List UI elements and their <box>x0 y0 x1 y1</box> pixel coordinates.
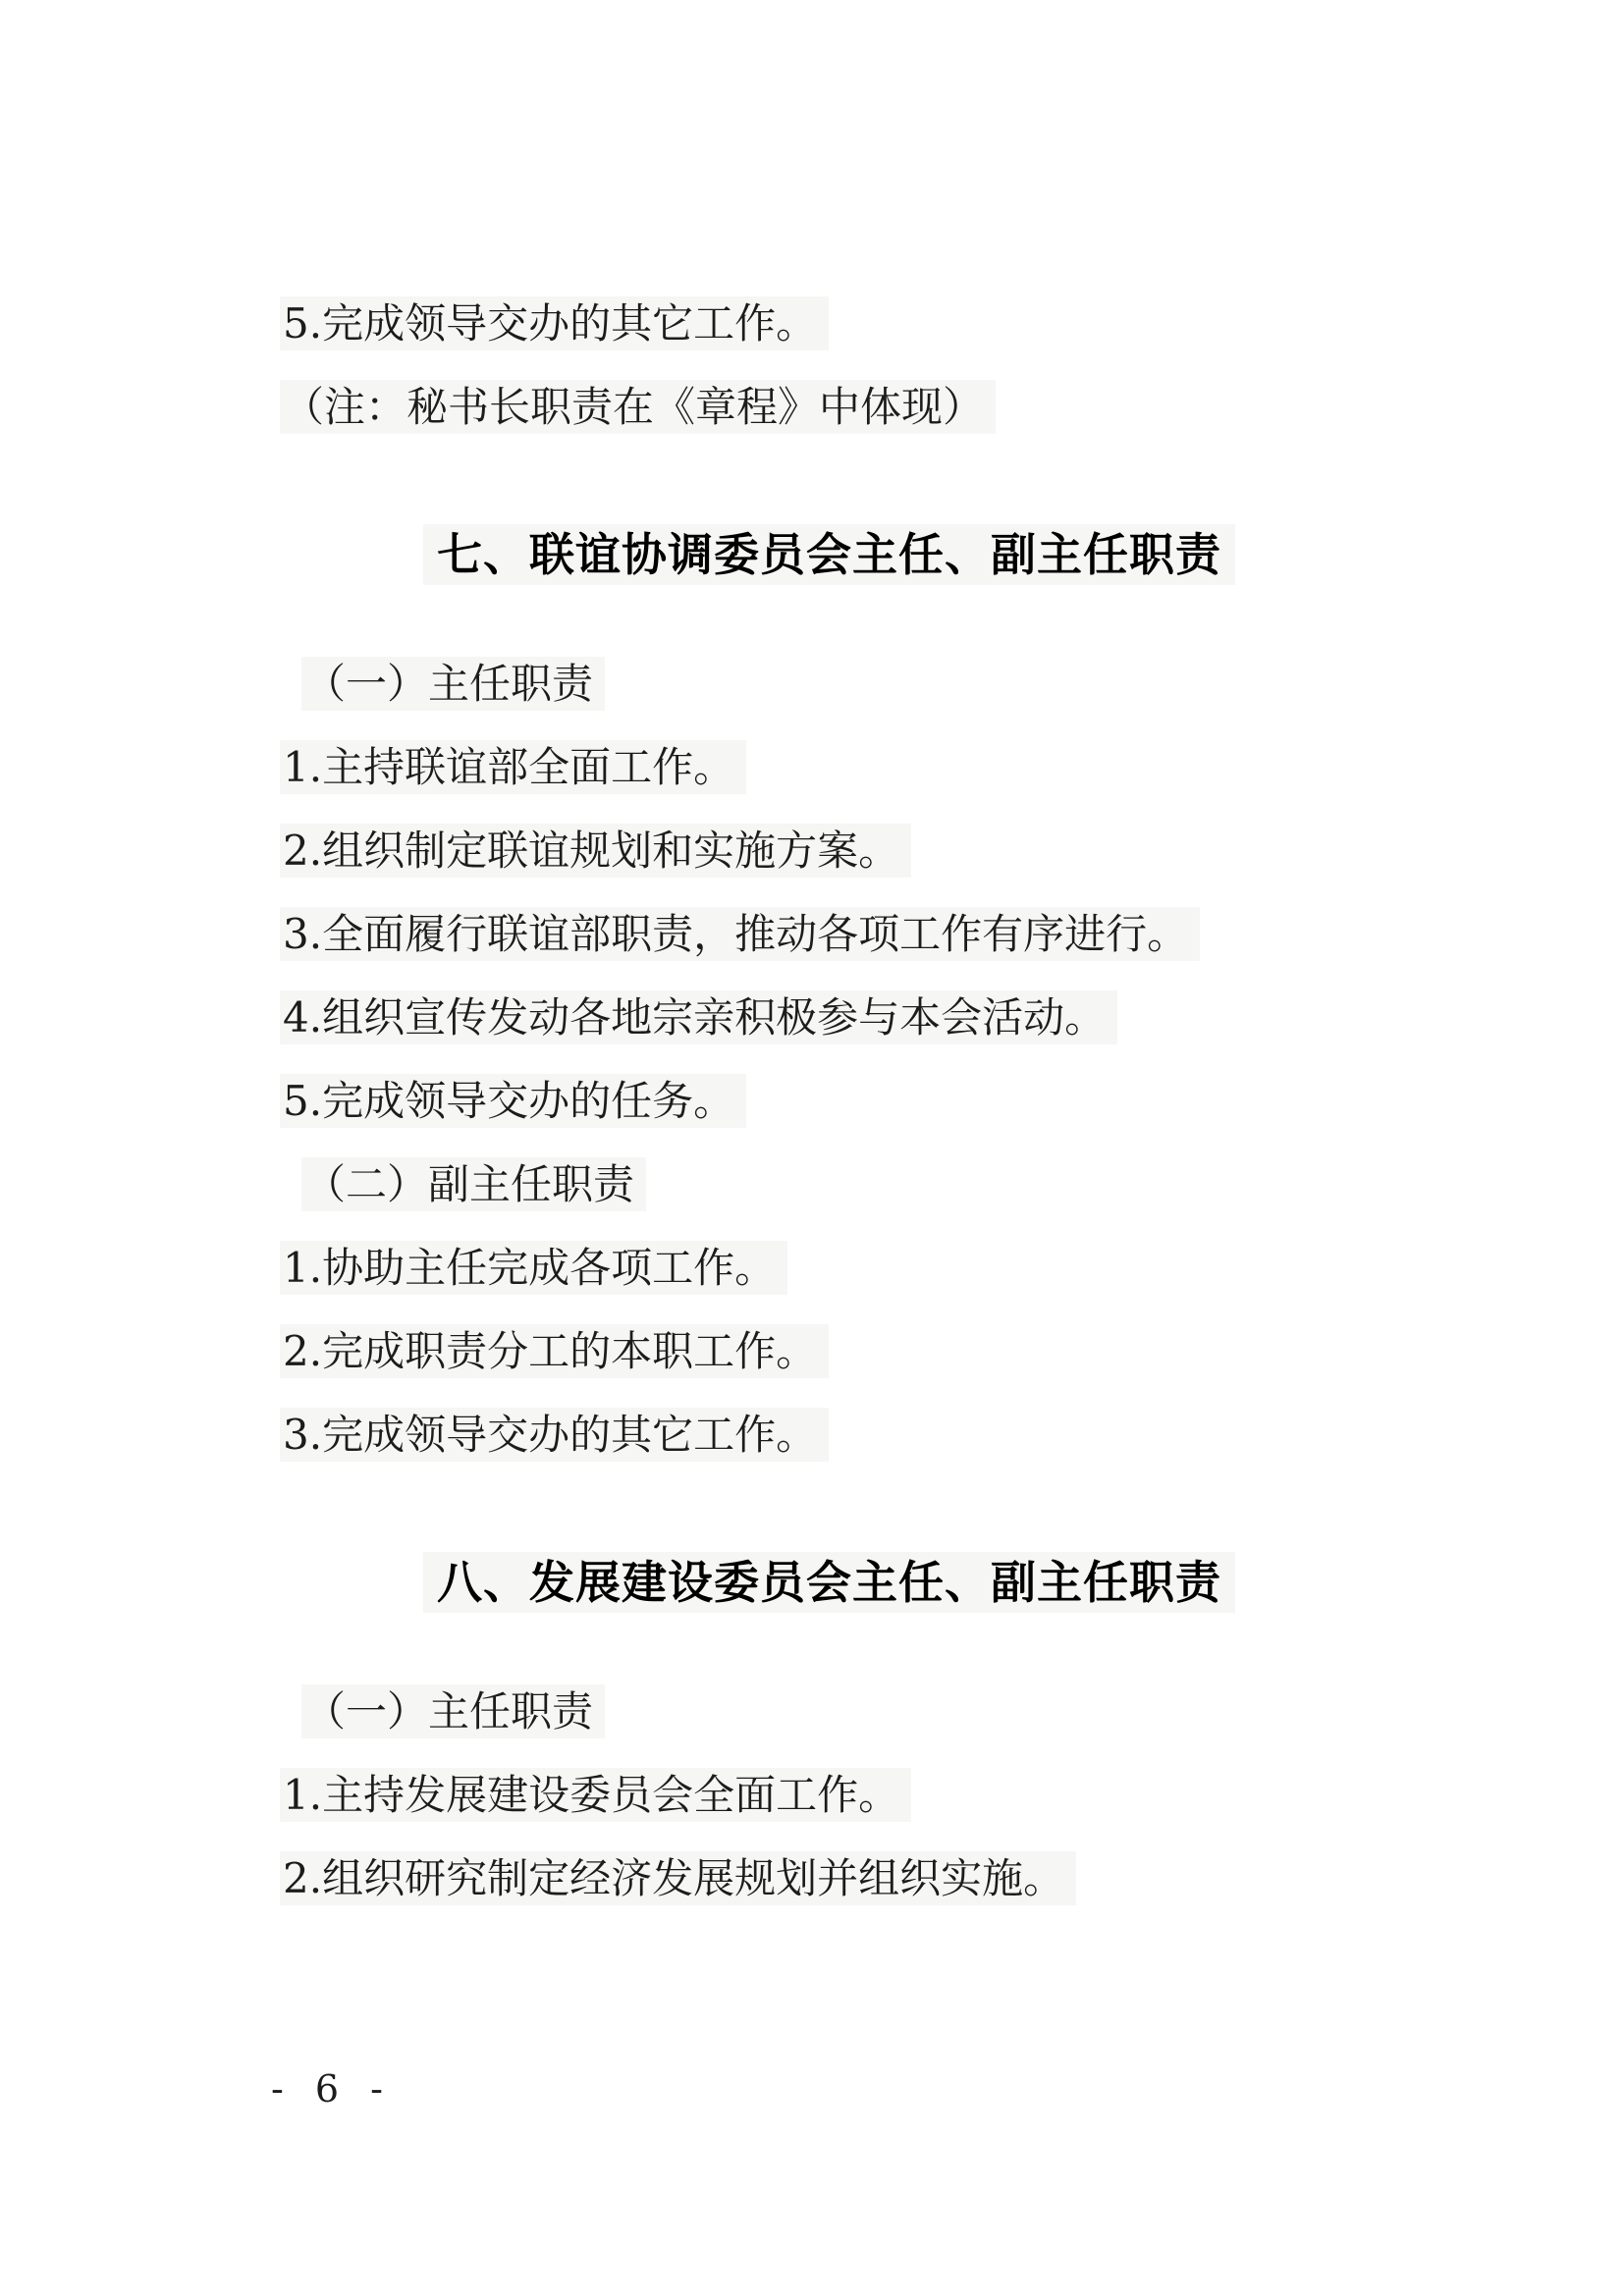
note-text: （注：秘书长职责在《章程》中体现） <box>280 380 996 434</box>
subsection-label-text: （二）副主任职责 <box>301 1157 646 1211</box>
list-item-text: 2.完成职责分工的本职工作。 <box>280 1324 829 1378</box>
subsection-label-text: （一）主任职责 <box>301 1684 605 1738</box>
list-item: 1.主持联谊部全面工作。 <box>280 736 1379 799</box>
section-eight-heading-text: 八、发展建设委员会主任、副主任职责 <box>423 1552 1235 1613</box>
list-item-text: 1.主持联谊部全面工作。 <box>280 740 746 794</box>
list-item-text: 5.完成领导交办的其它工作。 <box>280 296 829 350</box>
list-item: 1.协助主任完成各项工作。 <box>280 1237 1379 1300</box>
subsection-label-text: （一）主任职责 <box>301 657 605 711</box>
list-item: 3.全面履行联谊部职责，推动各项工作有序进行。 <box>280 903 1379 966</box>
subsection-label: （一）主任职责 <box>280 1681 1379 1743</box>
page-number: - 6 - <box>271 2065 393 2112</box>
list-item-text: 5.完成领导交办的任务。 <box>280 1074 746 1128</box>
list-item-text: 1.主持发展建设委员会全面工作。 <box>280 1768 911 1822</box>
list-item: 5.完成领导交办的其它工作。 <box>280 293 1379 355</box>
document-content: 5.完成领导交办的其它工作。 （注：秘书长职责在《章程》中体现） 七、联谊协调委… <box>0 0 1624 1910</box>
document-page: 5.完成领导交办的其它工作。 （注：秘书长职责在《章程》中体现） 七、联谊协调委… <box>0 0 1624 2296</box>
note-line: （注：秘书长职责在《章程》中体现） <box>280 376 1379 439</box>
list-item-text: 4.组织宣传发动各地宗亲积极参与本会活动。 <box>280 990 1117 1044</box>
list-item-text: 3.完成领导交办的其它工作。 <box>280 1408 829 1462</box>
list-item-text: 1.协助主任完成各项工作。 <box>280 1241 787 1295</box>
subsection-label: （一）主任职责 <box>280 653 1379 716</box>
list-item-text: 2.组织制定联谊规划和实施方案。 <box>280 824 911 878</box>
subsection-label: （二）副主任职责 <box>280 1153 1379 1216</box>
list-item: 1.主持发展建设委员会全面工作。 <box>280 1764 1379 1827</box>
list-item: 2.组织研究制定经济发展规划并组织实施。 <box>280 1847 1379 1910</box>
list-item: 5.完成领导交办的任务。 <box>280 1070 1379 1133</box>
list-item: 4.组织宣传发动各地宗亲积极参与本会活动。 <box>280 987 1379 1049</box>
section-seven-heading: 七、联谊协调委员会主任、副主任职责 <box>280 519 1379 590</box>
list-item-text: 3.全面履行联谊部职责，推动各项工作有序进行。 <box>280 907 1200 961</box>
list-item: 2.完成职责分工的本职工作。 <box>280 1320 1379 1383</box>
list-item: 2.组织制定联谊规划和实施方案。 <box>280 820 1379 882</box>
section-eight-heading: 八、发展建设委员会主任、副主任职责 <box>280 1547 1379 1618</box>
list-item: 3.完成领导交办的其它工作。 <box>280 1404 1379 1467</box>
section-seven-heading-text: 七、联谊协调委员会主任、副主任职责 <box>423 524 1235 585</box>
list-item-text: 2.组织研究制定经济发展规划并组织实施。 <box>280 1851 1076 1905</box>
